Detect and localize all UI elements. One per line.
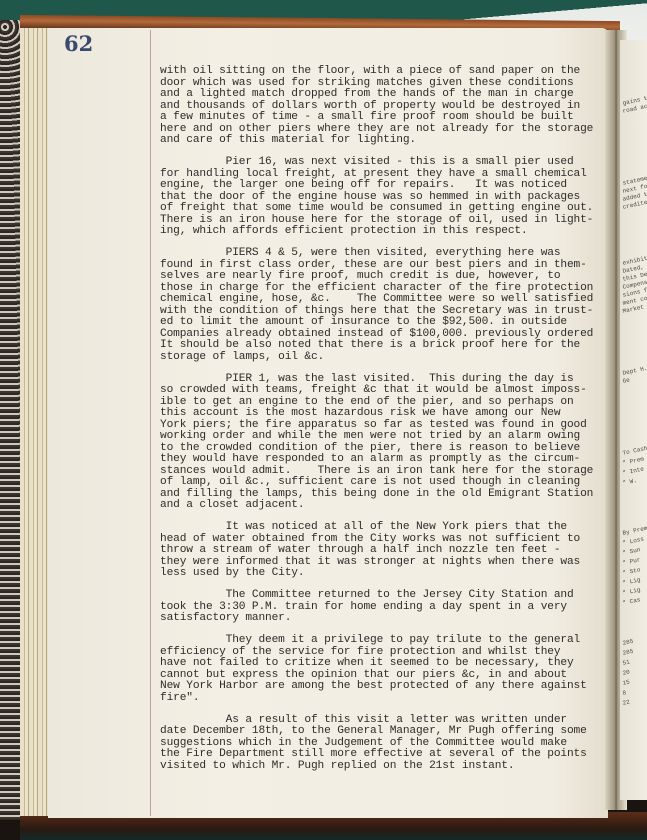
facing-page-text-fragment: Dept H.	[622, 365, 647, 378]
page-number: 62	[64, 31, 93, 56]
text-line: It was noticed at all of the New York pi…	[160, 522, 580, 534]
text-line: of lamp, oil &c., sufficient care is not…	[160, 477, 580, 489]
page-stack-edges	[20, 28, 50, 816]
text-line: and a closet adjacent.	[160, 500, 580, 512]
paragraph: The Committee returned to the Jersey Cit…	[160, 590, 580, 625]
text-line: date December 18th, to the General Manag…	[160, 726, 580, 738]
text-line: they would have responded to an alarm as…	[160, 454, 580, 466]
facing-page-text-fragment: Ge	[622, 377, 631, 386]
paragraph: PIERS 4 & 5, were then visited, everythi…	[160, 248, 580, 363]
text-line: ing, which affords efficient protection …	[160, 226, 580, 238]
text-line: New York Harbor are among the best prote…	[160, 681, 580, 693]
paragraph: They deem it a privilege to pay trilute …	[160, 635, 580, 704]
text-line: and care of this material for lighting.	[160, 135, 580, 147]
text-line: have not failed to critize when it seeme…	[160, 658, 580, 670]
text-line: The Committee returned to the Jersey Cit…	[160, 590, 580, 602]
text-line: this account is the most hazardous risk …	[160, 408, 580, 420]
facing-page-text-fragment: 285	[622, 638, 634, 648]
facing-page-text-fragment: 285	[622, 648, 634, 658]
typed-text-body: with oil sitting on the floor, with a pi…	[160, 66, 580, 772]
text-line: throw a stream of water through a half i…	[160, 545, 580, 557]
facing-page-partial: gains troad accstatemennext foadded tcre…	[620, 40, 647, 800]
facing-page-text-fragment: " Cas	[622, 596, 641, 608]
text-line: selves are nearly fire proof, much credi…	[160, 271, 580, 283]
facing-page-text-fragment: 8	[622, 689, 627, 698]
text-line: PIERS 4 & 5, were then visited, everythi…	[160, 248, 580, 260]
text-line: the Fire Department still more effective…	[160, 749, 580, 761]
text-line: of freight that some time would be consu…	[160, 203, 580, 215]
text-line: with oil sitting on the floor, with a pi…	[160, 66, 580, 78]
paragraph: Pier 16, was next visited - this is a sm…	[160, 157, 580, 238]
text-line: visited to which Mr. Pugh replied on the…	[160, 761, 580, 773]
margin-rule	[150, 30, 151, 816]
text-line: They deem it a privilege to pay trilute …	[160, 635, 580, 647]
facing-page-text-fragment: 15	[622, 679, 631, 688]
text-line: Pier 16, was next visited - this is a sm…	[160, 157, 580, 169]
text-line: chemical engine, hose, &c. The Committee…	[160, 294, 580, 306]
text-line: satisfactory manner.	[160, 613, 580, 625]
paragraph: PIER 1, was the last visited. This durin…	[160, 374, 580, 512]
facing-page-text-fragment: 20	[622, 669, 631, 678]
paragraph: with oil sitting on the floor, with a pi…	[160, 66, 580, 147]
facing-page-text-fragment: 51	[622, 659, 631, 668]
text-line: so crowded with teams, freight &c that i…	[160, 385, 580, 397]
text-line: fire".	[160, 693, 580, 705]
facing-page-text-fragment: " W.	[622, 477, 638, 488]
text-line: less used by the City.	[160, 568, 580, 580]
text-line: engine, the larger one being off for rep…	[160, 180, 580, 192]
text-line: ed to limit the amount of insurance to t…	[160, 317, 580, 329]
text-line: and a lighted match dropped from the han…	[160, 89, 580, 101]
text-line: storage of lamps, oil &c.	[160, 352, 580, 364]
text-line: It should be also noted that there is a …	[160, 340, 580, 352]
text-line: a few minutes of time - a small fire pro…	[160, 112, 580, 124]
text-line: working order and while the men were not…	[160, 431, 580, 443]
facing-page-text-fragment: 22	[622, 699, 631, 708]
marbled-cover	[0, 20, 22, 820]
paragraph: As a result of this visit a letter was w…	[160, 715, 580, 773]
paragraph: It was noticed at all of the New York pi…	[160, 522, 580, 580]
